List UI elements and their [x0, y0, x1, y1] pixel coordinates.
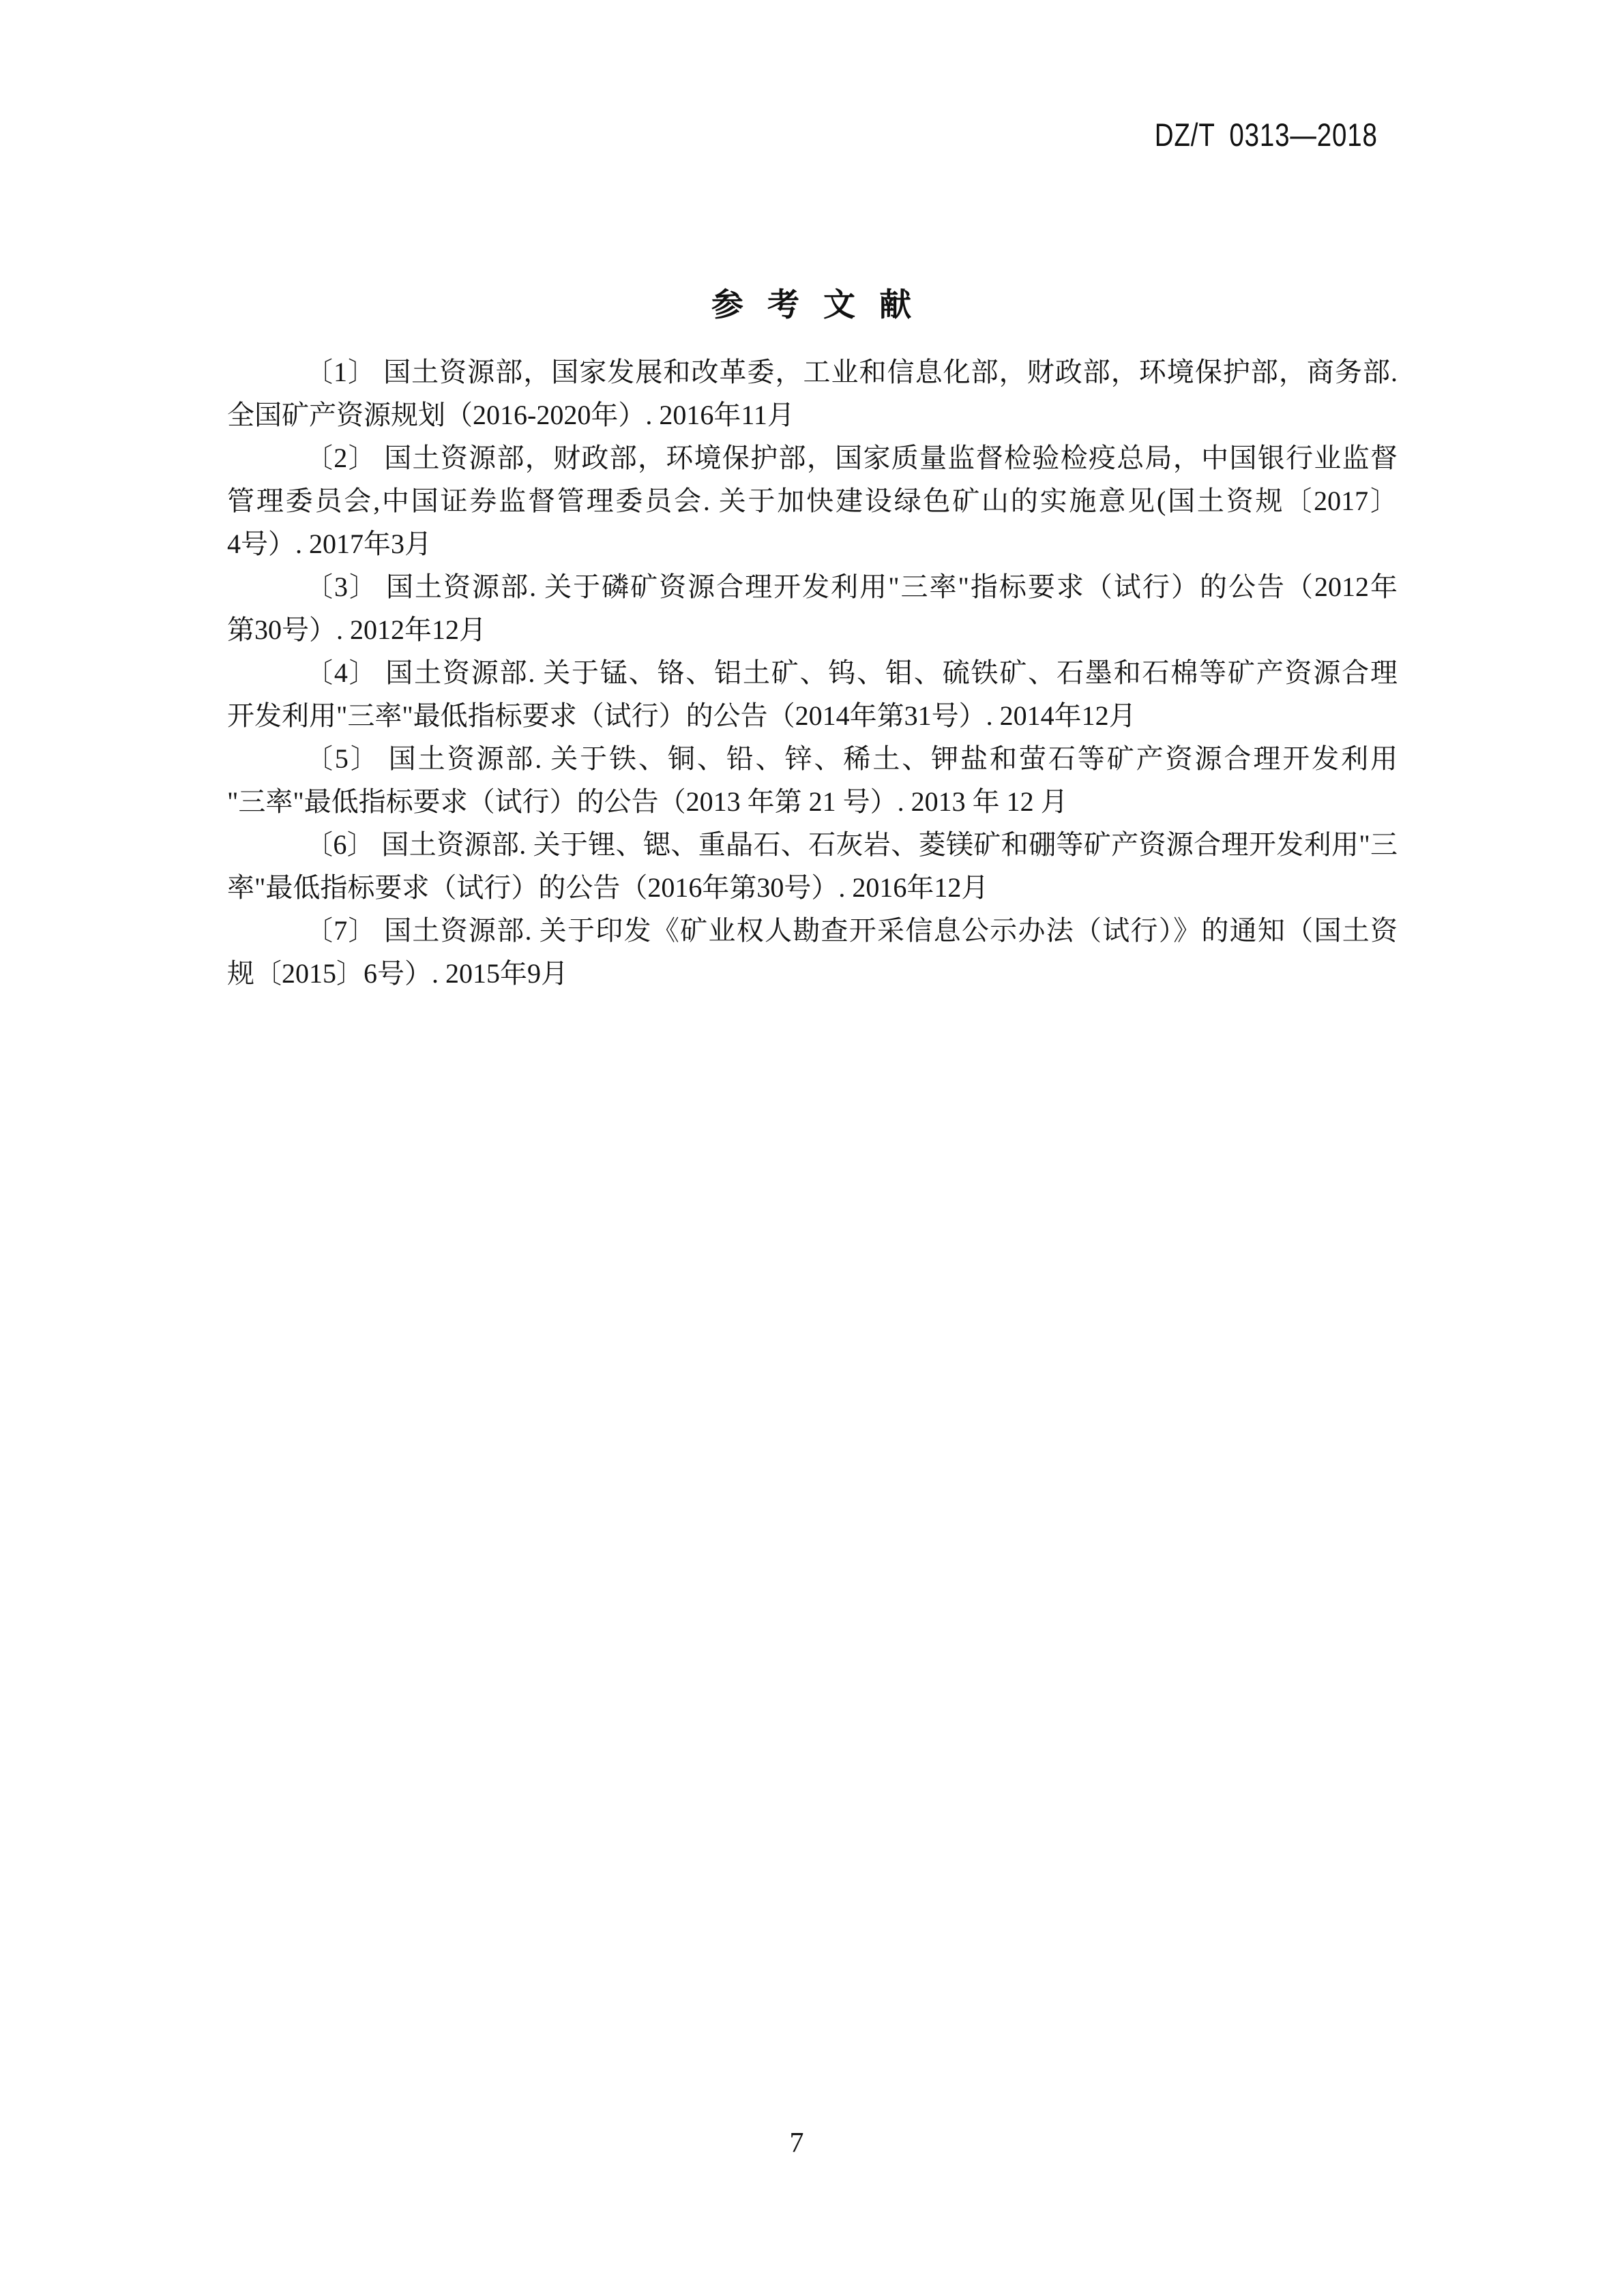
reference-line: 〔1〕 国土资源部，国家发展和改革委，工业和信息化部，财政部，环境保护部，商务部… [227, 351, 1398, 393]
reference-line: 〔4〕 国土资源部. 关于锰、铬、铝土矿、钨、钼、硫铁矿、石墨和石棉等矿产资源合… [227, 651, 1398, 694]
reference-line: 〔6〕 国土资源部. 关于锂、锶、重晶石、石灰岩、菱镁矿和硼等矿产资源合理开发利… [227, 823, 1398, 866]
document-page: DZ/T 0313—2018 参 考 文 献 〔1〕 国土资源部，国家发展和改革… [0, 0, 1624, 2296]
reference-line: 开发利用"三率"最低指标要求（试行）的公告（2014年第31号）. 2014年1… [227, 694, 1398, 737]
page-number: 7 [227, 2129, 1366, 2158]
page-title: 参 考 文 献 [227, 288, 1398, 320]
reference-line: 规〔2015〕6号）. 2015年9月 [227, 952, 1398, 995]
reference-line: 全国矿产资源规划（2016-2020年）. 2016年11月 [227, 393, 1398, 436]
reference-line: 〔2〕 国土资源部，财政部，环境保护部，国家质量监督检验检疫总局，中国银行业监督 [227, 436, 1398, 479]
reference-line: "三率"最低指标要求（试行）的公告（2013 年第 21 号）. 2013 年 … [227, 780, 1398, 823]
references-section: 〔1〕 国土资源部，国家发展和改革委，工业和信息化部，财政部，环境保护部，商务部… [227, 351, 1398, 995]
reference-line: 管理委员会,中国证券监督管理委员会. 关于加快建设绿色矿山的实施意见(国土资规〔… [227, 479, 1398, 522]
reference-line: 〔7〕 国土资源部. 关于印发《矿业权人勘查开采信息公示办法（试行）》的通知（国… [227, 909, 1398, 952]
reference-line: 率"最低指标要求（试行）的公告（2016年第30号）. 2016年12月 [227, 866, 1398, 909]
standard-number-header: DZ/T 0313—2018 [1155, 119, 1378, 151]
reference-line: 4号）. 2017年3月 [227, 522, 1398, 565]
reference-line: 第30号）. 2012年12月 [227, 608, 1398, 651]
reference-line: 〔5〕 国土资源部. 关于铁、铜、铅、锌、稀土、钾盐和萤石等矿产资源合理开发利用 [227, 737, 1398, 780]
reference-line: 〔3〕 国土资源部. 关于磷矿资源合理开发利用"三率"指标要求（试行）的公告（2… [227, 565, 1398, 608]
